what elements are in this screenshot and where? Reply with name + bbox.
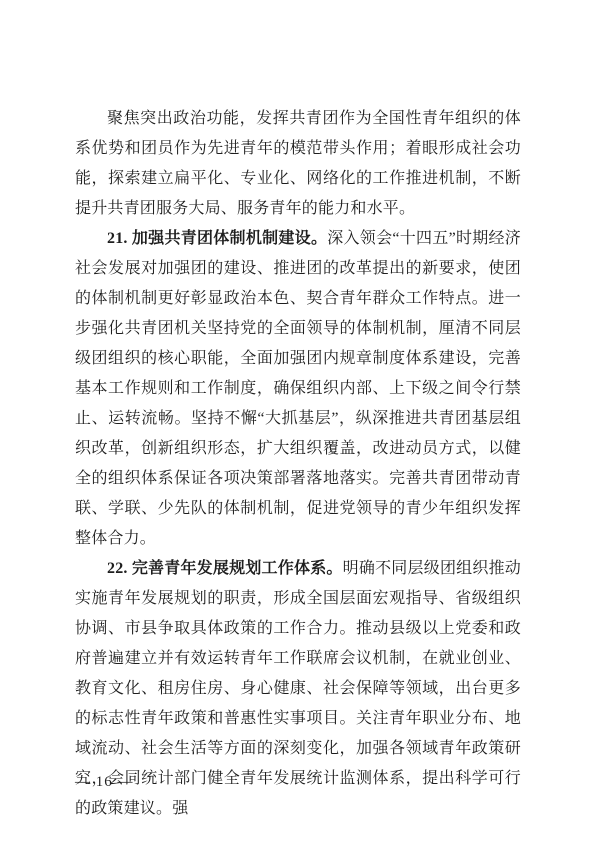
paragraph: 21. 加强共青团体制机制建设。深入领会“十四五”时期经济社会发展对加强团的建设… (75, 224, 521, 554)
paragraph: 22. 完善青年发展规划工作体系。明确不同层级团组织推动实施青年发展规划的职责，… (75, 554, 521, 824)
page-number: — 16 — (75, 772, 134, 792)
paragraph-heading: 21. 加强共青团体制机制建设。 (107, 230, 327, 247)
paragraph-heading: 22. 完善青年发展规划工作体系。 (107, 560, 343, 577)
paragraph-text: 深入领会“十四五”时期经济社会发展对加强团的建设、推进团的改革提出的新要求，使团… (75, 230, 521, 547)
document-page: 聚焦突出政治功能，发挥共青团作为全国性青年组织的体系优势和团员作为先进青年的模范… (0, 0, 595, 842)
paragraph-text: 聚焦突出政治功能，发挥共青团作为全国性青年组织的体系优势和团员作为先进青年的模范… (75, 110, 521, 217)
paragraph: 聚焦突出政治功能，发挥共青团作为全国性青年组织的体系优势和团员作为先进青年的模范… (75, 104, 521, 224)
document-body: 聚焦突出政治功能，发挥共青团作为全国性青年组织的体系优势和团员作为先进青年的模范… (75, 104, 521, 824)
paragraph-text: 明确不同层级团组织推动实施青年发展规划的职责，形成全国层面宏观指导、省级组织协调… (75, 560, 521, 817)
